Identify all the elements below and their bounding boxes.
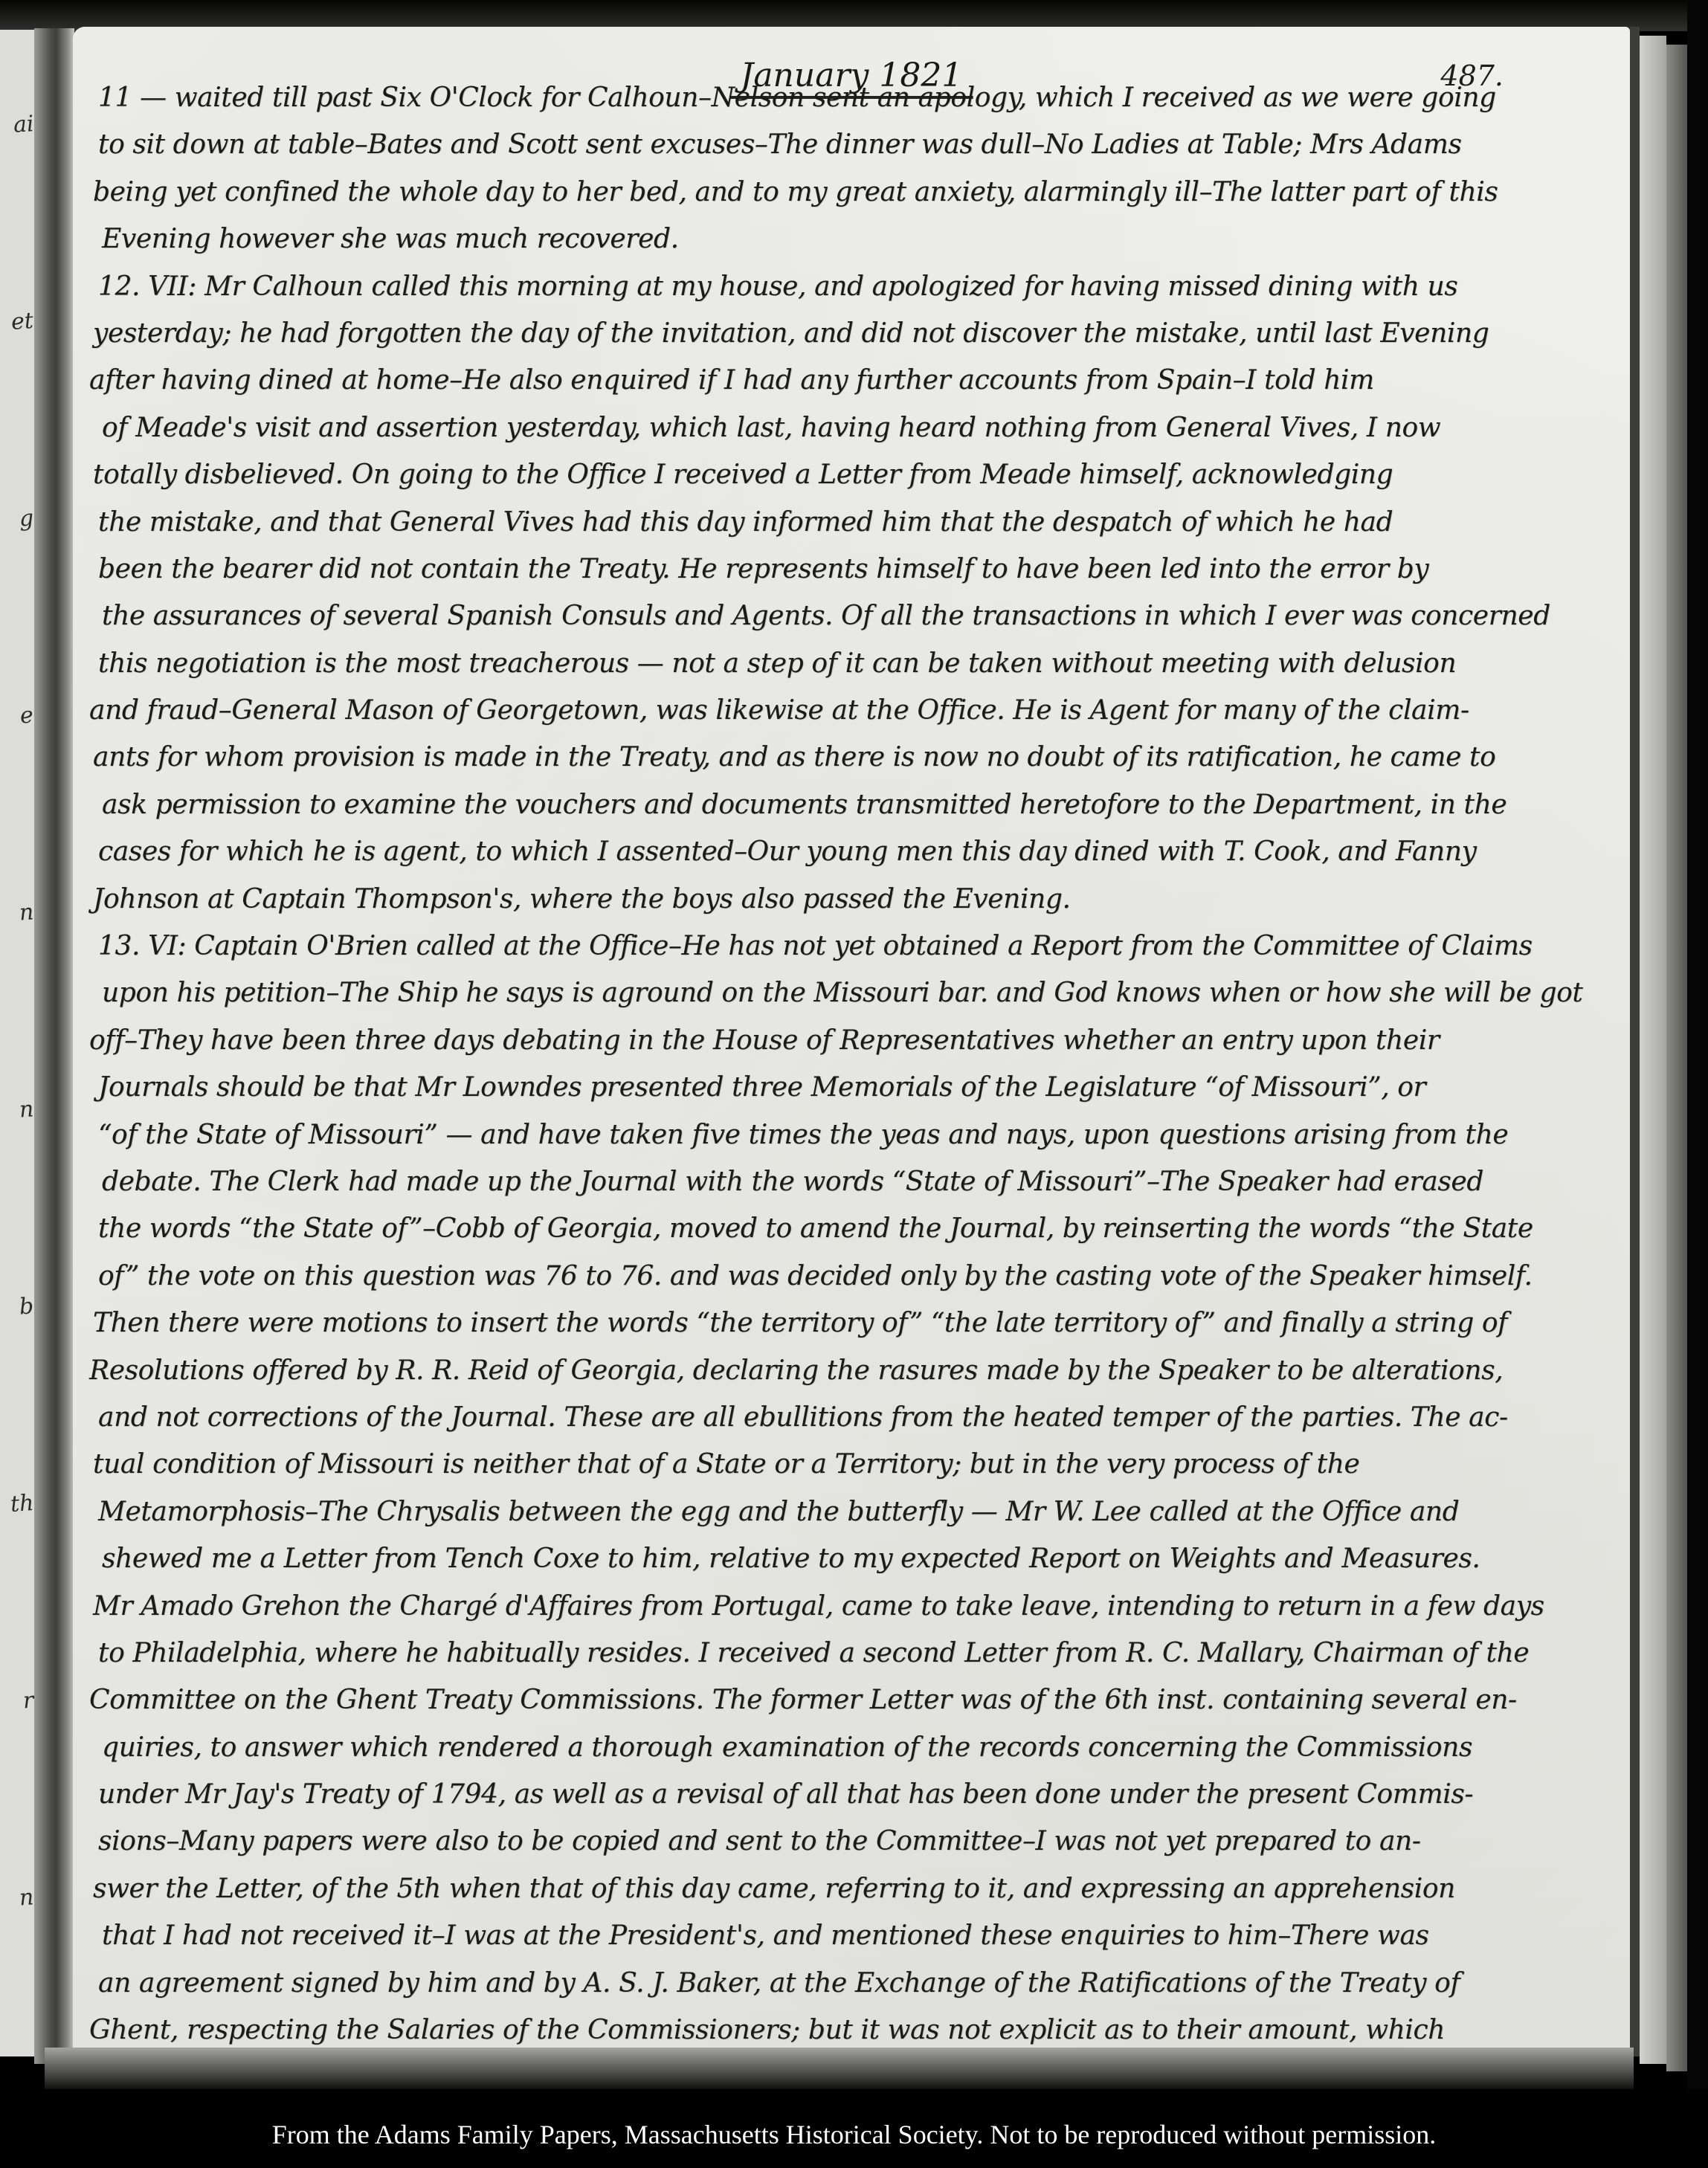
manuscript-line: Committee on the Ghent Treaty Commission… — [89, 1677, 1620, 1723]
manuscript-line: ask permission to examine the vouchers a… — [102, 781, 1620, 828]
facing-page-ink-fragment: ai — [12, 111, 34, 138]
manuscript-line: an agreement signed by him and by A. S. … — [98, 1960, 1620, 2007]
manuscript-line: Mr Amado Grehon the Chargé d'Affaires fr… — [93, 1583, 1620, 1630]
binding-page-edges-dark — [1666, 45, 1687, 2071]
gutter-shadow — [34, 28, 74, 2064]
manuscript-line: shewed me a Letter from Tench Coxe to hi… — [102, 1535, 1620, 1582]
manuscript-line: Resolutions offered by R. R. Reid of Geo… — [89, 1347, 1620, 1394]
manuscript-line: that I had not received it–I was at the … — [102, 1912, 1620, 1959]
manuscript-line: ants for whom provision is made in the T… — [93, 734, 1620, 781]
facing-page-ink-fragment: r — [22, 1688, 34, 1714]
manuscript-line: 13. VI: Captain O'Brien called at the Of… — [98, 923, 1620, 970]
caption-bar: From the Adams Family Papers, Massachuse… — [0, 2056, 1708, 2168]
facing-page-ink-fragment: th — [9, 1490, 34, 1517]
facing-page-ink-fragment: et — [10, 308, 34, 335]
binding-background — [1687, 0, 1708, 2168]
manuscript-line: of Meade's visit and assertion yesterday… — [102, 404, 1620, 451]
manuscript-line: Johnson at Captain Thompson's, where the… — [93, 876, 1620, 923]
facing-page-ink-fragment: g — [19, 505, 34, 532]
manuscript-line: swer the Letter, of the 5th when that of… — [93, 1865, 1620, 1912]
manuscript-line: Then there were motions to insert the wo… — [93, 1300, 1620, 1346]
manuscript-line: to sit down at table–Bates and Scott sen… — [98, 121, 1620, 168]
manuscript-line: the assurances of several Spanish Consul… — [102, 593, 1620, 639]
facing-page-strip: aietgennbthrn — [0, 30, 34, 2056]
manuscript-line: cases for which he is agent, to which I … — [98, 828, 1620, 875]
binding-page-edges — [1640, 36, 1666, 2064]
manuscript-line: tual condition of Missouri is neither th… — [93, 1441, 1620, 1488]
manuscript-line: to Philadelphia, where he habitually res… — [98, 1630, 1620, 1677]
manuscript-line: under Mr Jay's Treaty of 1794, as well a… — [98, 1771, 1620, 1818]
facing-page-ink-fragment: e — [19, 702, 34, 729]
facing-page-ink-fragment: n — [18, 1096, 34, 1123]
manuscript-line: “of the State of Missouri” — and have ta… — [98, 1112, 1620, 1158]
manuscript-line: Evening however she was much recovered. — [102, 216, 1620, 262]
manuscript-line: the words “the State of”–Cobb of Georgia… — [98, 1205, 1620, 1252]
scanned-diary-photograph: aietgennbthrn January 1821 487. 11 — wai… — [0, 0, 1708, 2168]
manuscript-line: this negotiation is the most treacherous… — [98, 640, 1620, 687]
manuscript-line: quiries, to answer which rendered a thor… — [102, 1724, 1620, 1771]
manuscript-line: totally disbelieved. On going to the Off… — [93, 451, 1620, 498]
manuscript-line: 11 — waited till past Six O'Clock for Ca… — [98, 74, 1620, 121]
page-right-edge-line — [1630, 27, 1640, 2056]
manuscript-line: and fraud–General Mason of Georgetown, w… — [89, 687, 1620, 734]
manuscript-line: and not corrections of the Journal. Thes… — [98, 1394, 1620, 1441]
manuscript-line: yesterday; he had forgotten the day of t… — [93, 310, 1620, 357]
manuscript-line: Metamorphosis–The Chrysalis between the … — [98, 1488, 1620, 1535]
manuscript-line: of” the vote on this question was 76 to … — [98, 1253, 1620, 1300]
manuscript-lines: 11 — waited till past Six O'Clock for Ca… — [98, 74, 1620, 2051]
archive-credit-caption: From the Adams Family Papers, Massachuse… — [272, 2119, 1436, 2150]
manuscript-line: after having dined at home–He also enqui… — [89, 357, 1620, 404]
manuscript-line: been the bearer did not contain the Trea… — [98, 546, 1620, 593]
manuscript-line: off–They have been three days debating i… — [89, 1017, 1620, 1064]
manuscript-line: Journals should be that Mr Lowndes prese… — [98, 1064, 1620, 1111]
manuscript-line: being yet confined the whole day to her … — [93, 169, 1620, 216]
manuscript-line: debate. The Clerk had made up the Journa… — [102, 1158, 1620, 1205]
manuscript-page: January 1821 487. 11 — waited till past … — [73, 27, 1630, 2051]
manuscript-line: the mistake, and that General Vives had … — [98, 499, 1620, 546]
manuscript-line: Ghent, respecting the Salaries of the Co… — [89, 2007, 1620, 2051]
facing-page-ink-fragment: b — [19, 1293, 34, 1320]
facing-page-ink-fragment: n — [18, 1884, 34, 1911]
facing-page-ink-fragment: n — [18, 899, 34, 926]
manuscript-line: sions–Many papers were also to be copied… — [98, 1818, 1620, 1865]
manuscript-line: upon his petition–The Ship he says is ag… — [102, 970, 1620, 1016]
manuscript-line: 12. VII: Mr Calhoun called this morning … — [98, 263, 1620, 310]
